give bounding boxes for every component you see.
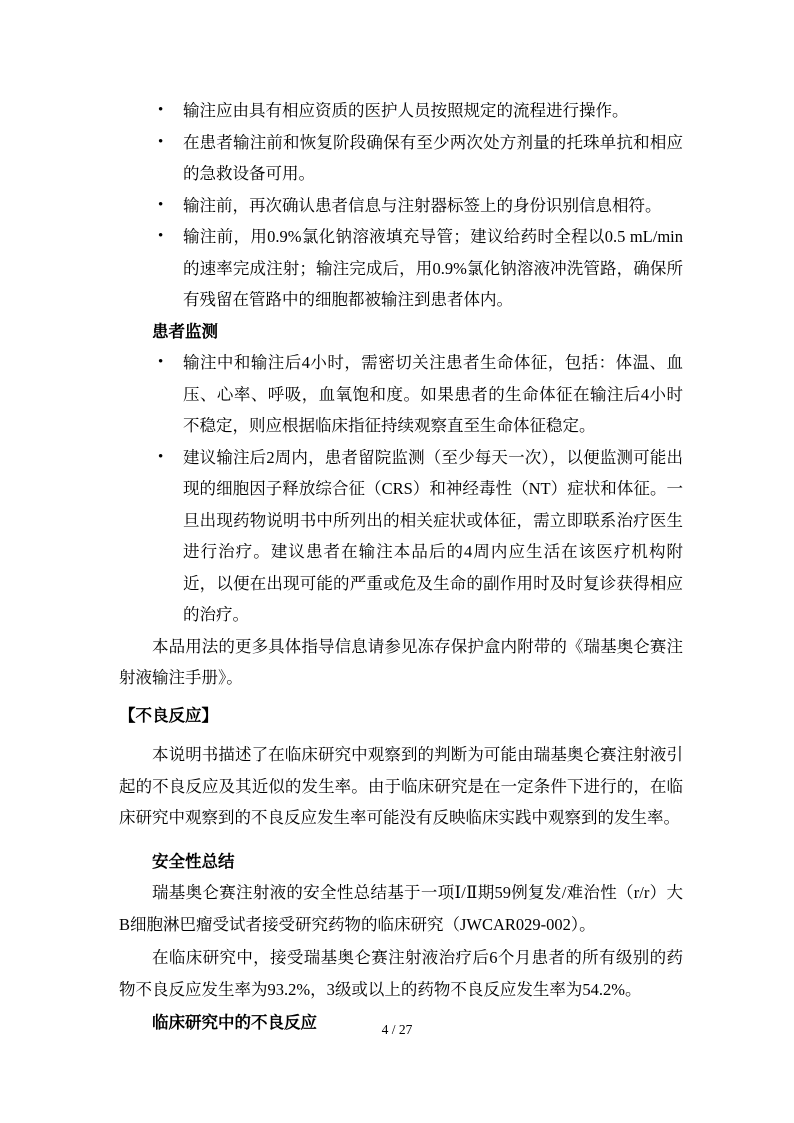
- bullet-icon: •: [158, 127, 163, 159]
- bullet-icon: •: [158, 190, 163, 222]
- list-item: • 输注应由具有相应资质的医护人员按照规定的流程进行操作。: [119, 95, 683, 127]
- subheading-patient-monitoring: 患者监测: [152, 316, 683, 348]
- bullet-icon: •: [158, 347, 163, 379]
- list-item-text: 在患者输注前和恢复阶段确保有至少两次处方剂量的托珠单抗和相应的急救设备可用。: [183, 133, 683, 184]
- document-page: • 输注应由具有相应资质的医护人员按照规定的流程进行操作。 • 在患者输注前和恢…: [0, 0, 794, 1123]
- bullet-icon: •: [158, 95, 163, 127]
- subheading-safety-summary: 安全性总结: [152, 846, 683, 878]
- list-item-text: 输注前，再次确认患者信息与注射器标签上的身份识别信息相符。: [183, 196, 662, 215]
- list-item: • 在患者输注前和恢复阶段确保有至少两次处方剂量的托珠单抗和相应的急救设备可用。: [119, 127, 683, 190]
- section-heading-adverse-reactions: 【不良反应】: [119, 700, 683, 732]
- list-item: • 输注前，用0.9%氯化钠溶液填充导管；建议给药时全程以0.5 mL/min的…: [119, 221, 683, 316]
- bullet-icon: •: [158, 221, 163, 253]
- paragraph-manual-reference: 本品用法的更多具体指导信息请参见冻存保护盒内附带的《瑞基奥仑赛注射液输注手册》。: [119, 631, 683, 694]
- list-item-text: 建议输注后2周内，患者留院监测（至少每天一次），以便监测可能出现的细胞因子释放综…: [183, 448, 683, 625]
- paragraph-safety-summary-1: 瑞基奥仑赛注射液的安全性总结基于一项Ⅰ/Ⅱ期59例复发/难治性（r/r）大B细胞…: [119, 877, 683, 940]
- list-item: • 建议输注后2周内，患者留院监测（至少每天一次），以便监测可能出现的细胞因子释…: [119, 442, 683, 631]
- bullet-icon: •: [158, 442, 163, 474]
- list-item-text: 输注中和输注后4小时，需密切关注患者生命体征，包括：体温、血压、心率、呼吸，血氧…: [183, 353, 683, 435]
- infusion-instructions-list: • 输注应由具有相应资质的医护人员按照规定的流程进行操作。 • 在患者输注前和恢…: [119, 95, 683, 316]
- paragraph-safety-summary-2: 在临床研究中，接受瑞基奥仑赛注射液治疗后6个月患者的所有级别的药物不良反应发生率…: [119, 942, 683, 1005]
- patient-monitoring-list: • 输注中和输注后4小时，需密切关注患者生命体征，包括：体温、血压、心率、呼吸，…: [119, 347, 683, 631]
- page-content: • 输注应由具有相应资质的医护人员按照规定的流程进行操作。 • 在患者输注前和恢…: [119, 95, 683, 1039]
- list-item: • 输注前，再次确认患者信息与注射器标签上的身份识别信息相符。: [119, 190, 683, 222]
- list-item-text: 输注应由具有相应资质的医护人员按照规定的流程进行操作。: [183, 101, 629, 120]
- page-number: 4 / 27: [0, 1020, 794, 1040]
- list-item: • 输注中和输注后4小时，需密切关注患者生命体征，包括：体温、血压、心率、呼吸，…: [119, 347, 683, 442]
- list-item-text: 输注前，用0.9%氯化钠溶液填充导管；建议给药时全程以0.5 mL/min的速率…: [183, 227, 683, 309]
- paragraph-adverse-intro: 本说明书描述了在临床研究中观察到的判断为可能由瑞基奥仑赛注射液引起的不良反应及其…: [119, 739, 683, 834]
